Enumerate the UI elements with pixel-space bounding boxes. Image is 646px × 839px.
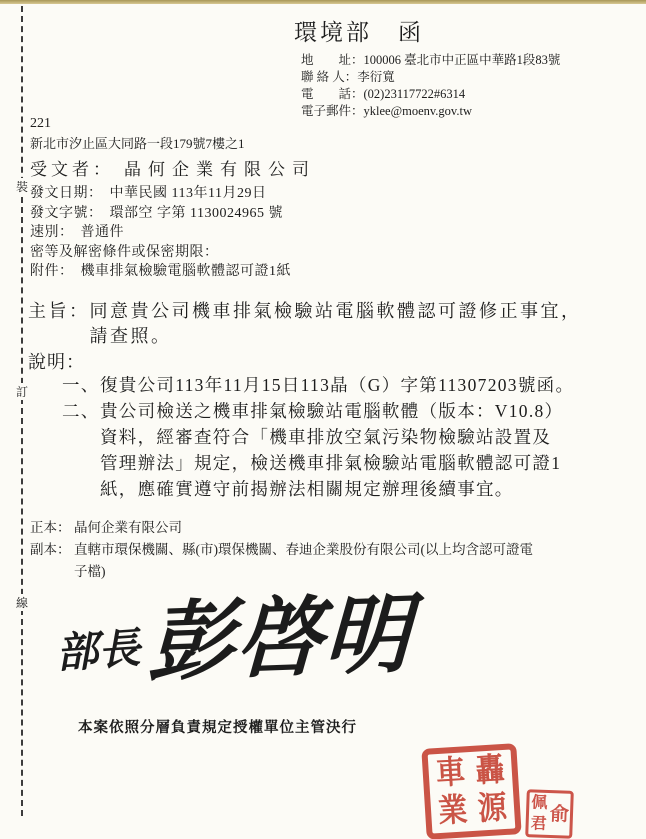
subject-section: 主旨： 同意貴公司機車排氣檢驗站電腦軟體認可證修正事宜， 請查照。 [28,299,582,349]
seal-character: 車 [435,757,466,791]
binding-marker-xian: 線 [12,594,32,611]
item-line: 管理辦法」規定，檢送機車排氣檢驗站電腦軟體認可證1 [100,450,563,476]
subject-line: 請查照。 [90,324,582,349]
minister-name-calligraphy: 彭啓明 [147,591,414,686]
item-line: 復貴公司113年11月15日113晶（G）字第11307203號函。 [100,372,574,398]
item-text: 復貴公司113年11月15日113晶（G）字第11307203號函。 [100,372,574,398]
item-number: 一、 [62,372,100,398]
issue-date-value: 中華民國 113年11月29日 [110,184,267,204]
reference-number-value: 環部空 字第 1130024965 號 [110,204,283,224]
minister-signature: 部長 彭啓明 [56,596,412,682]
item-line: 貴公司檢送之機車排氣檢驗站電腦軟體（版本：V10.8） [100,398,563,424]
email-label: 電子郵件： [301,103,364,120]
attachment-label: 附件： [30,262,74,282]
subject-label: 主旨： [28,299,90,349]
priority-label: 速別： [30,223,74,243]
binding-dashed-line [21,6,23,816]
recipient-street-address: 新北市汐止區大同路一段179號7樓之1 [30,133,245,152]
seal-character: 業 [437,794,468,828]
subject-line: 同意貴公司機車排氣檢驗站電腦軟體認可證修正事宜， [90,299,582,324]
recipient-company-name: 晶何企業有限公司 [124,155,316,180]
copies-block: 正本： 晶何企業有限公司 副本： 直轄市環保機關、縣(市)環保機關、春迪企業股份… [30,517,533,583]
email-value: yklee@moenv.gov.tw [364,103,472,120]
classification-row: 密等及解密條件或保密期限： [30,243,291,263]
original-copy-value: 晶何企業有限公司 [74,517,182,539]
phone-label: 電 話： [301,86,364,103]
cc-copy-value: 直轄市環保機關、縣(市)環保機關、春迪企業股份有限公司(以上均含認可證電 子檔) [74,539,533,583]
explanation-item-2: 二、 貴公司檢送之機車排氣檢驗站電腦軟體（版本：V10.8） 資料，經審查符合「… [62,398,574,502]
document-meta-block: 發文日期： 中華民國 113年11月29日 發文字號： 環部空 字第 11300… [30,184,291,282]
issue-date-row: 發文日期： 中華民國 113年11月29日 [30,184,291,204]
copy-line: 子檔) [74,561,533,583]
address-label: 地 址： [301,52,364,69]
binding-marker-ding: 訂 [12,383,32,400]
seal-character: 君 [530,816,547,833]
priority-row: 速別： 普通件 [30,223,291,243]
seal-character: 轟 [475,754,506,788]
item-line: 紙，應確實遵守前揭辦法相關規定辦理後續事宜。 [100,476,563,502]
original-copy-row: 正本： 晶何企業有限公司 [30,517,533,539]
reference-number-row: 發文字號： 環部空 字第 1130024965 號 [30,204,291,224]
attachment-row: 附件： 機車排氣檢驗電腦軟體認可證1紙 [30,262,291,282]
contact-person-value: 李衍寬 [357,69,395,86]
item-line: 資料，經審查符合「機車排放空氣污染物檢驗站設置及 [100,424,563,450]
explanation-item-1: 一、 復貴公司113年11月15日113晶（G）字第11307203號函。 [62,372,574,398]
seal-character: 源 [477,792,508,826]
explanation-label: 說明： [28,348,85,374]
seal-character: 佩 [531,795,548,812]
personal-name-seal-stamp: 佩 俞 君 [525,789,574,839]
letterhead-contact-block: 地 址： 100006 臺北市中正區中華路1段83號 聯 絡 人： 李衍寬 電 … [301,52,560,120]
original-copy-label: 正本： [30,517,74,539]
cc-copy-row: 副本： 直轄市環保機關、縣(市)環保機關、春迪企業股份有限公司(以上均含認可證電… [30,539,533,583]
agency-title: 環境部 函 [294,14,424,47]
copy-line: 晶何企業有限公司 [74,517,182,539]
letterhead-email-row: 電子郵件： yklee@moenv.gov.tw [301,103,560,120]
cc-copy-label: 副本： [30,539,74,583]
company-seal-stamp: 車 轟 業 源 [421,743,521,839]
address-value: 100006 臺北市中正區中華路1段83號 [364,52,561,69]
letterhead-address-row: 地 址： 100006 臺北市中正區中華路1段83號 [301,52,560,69]
scanned-official-letter: 裝 訂 線 環境部 函 地 址： 100006 臺北市中正區中華路1段83號 聯… [0,0,646,839]
scan-top-edge [0,0,646,4]
minister-title: 部長 [54,615,142,681]
copy-line: 直轄市環保機關、縣(市)環保機關、春迪企業股份有限公司(以上均含認可證電 [74,539,533,561]
recipient-label: 受文者： [30,155,114,180]
issue-date-label: 發文日期： [30,184,103,204]
item-text: 貴公司檢送之機車排氣檢驗站電腦軟體（版本：V10.8） 資料，經審查符合「機車排… [100,398,563,502]
delegation-footnote: 本案依照分層負責規定授權單位主管決行 [78,716,357,737]
phone-value: (02)23117722#6314 [364,86,466,103]
recipient-postal-code: 221 [30,116,51,132]
item-number: 二、 [62,398,100,502]
priority-value: 普通件 [81,223,125,243]
reference-number-label: 發文字號： [30,204,103,224]
seal-character: 俞 [550,805,570,825]
recipient-row: 受文者： 晶何企業有限公司 [30,155,316,180]
subject-text: 同意貴公司機車排氣檢驗站電腦軟體認可證修正事宜， 請查照。 [90,299,582,349]
classification-label: 密等及解密條件或保密期限： [30,243,219,263]
explanation-items: 一、 復貴公司113年11月15日113晶（G）字第11307203號函。 二、… [62,372,574,502]
contact-person-label: 聯 絡 人： [301,69,357,86]
binding-marker-zhuang: 裝 [12,178,32,195]
letterhead-contact-person-row: 聯 絡 人： 李衍寬 [301,69,560,86]
letterhead-phone-row: 電 話： (02)23117722#6314 [301,86,560,103]
attachment-value: 機車排氣檢驗電腦軟體認可證1紙 [81,262,292,282]
